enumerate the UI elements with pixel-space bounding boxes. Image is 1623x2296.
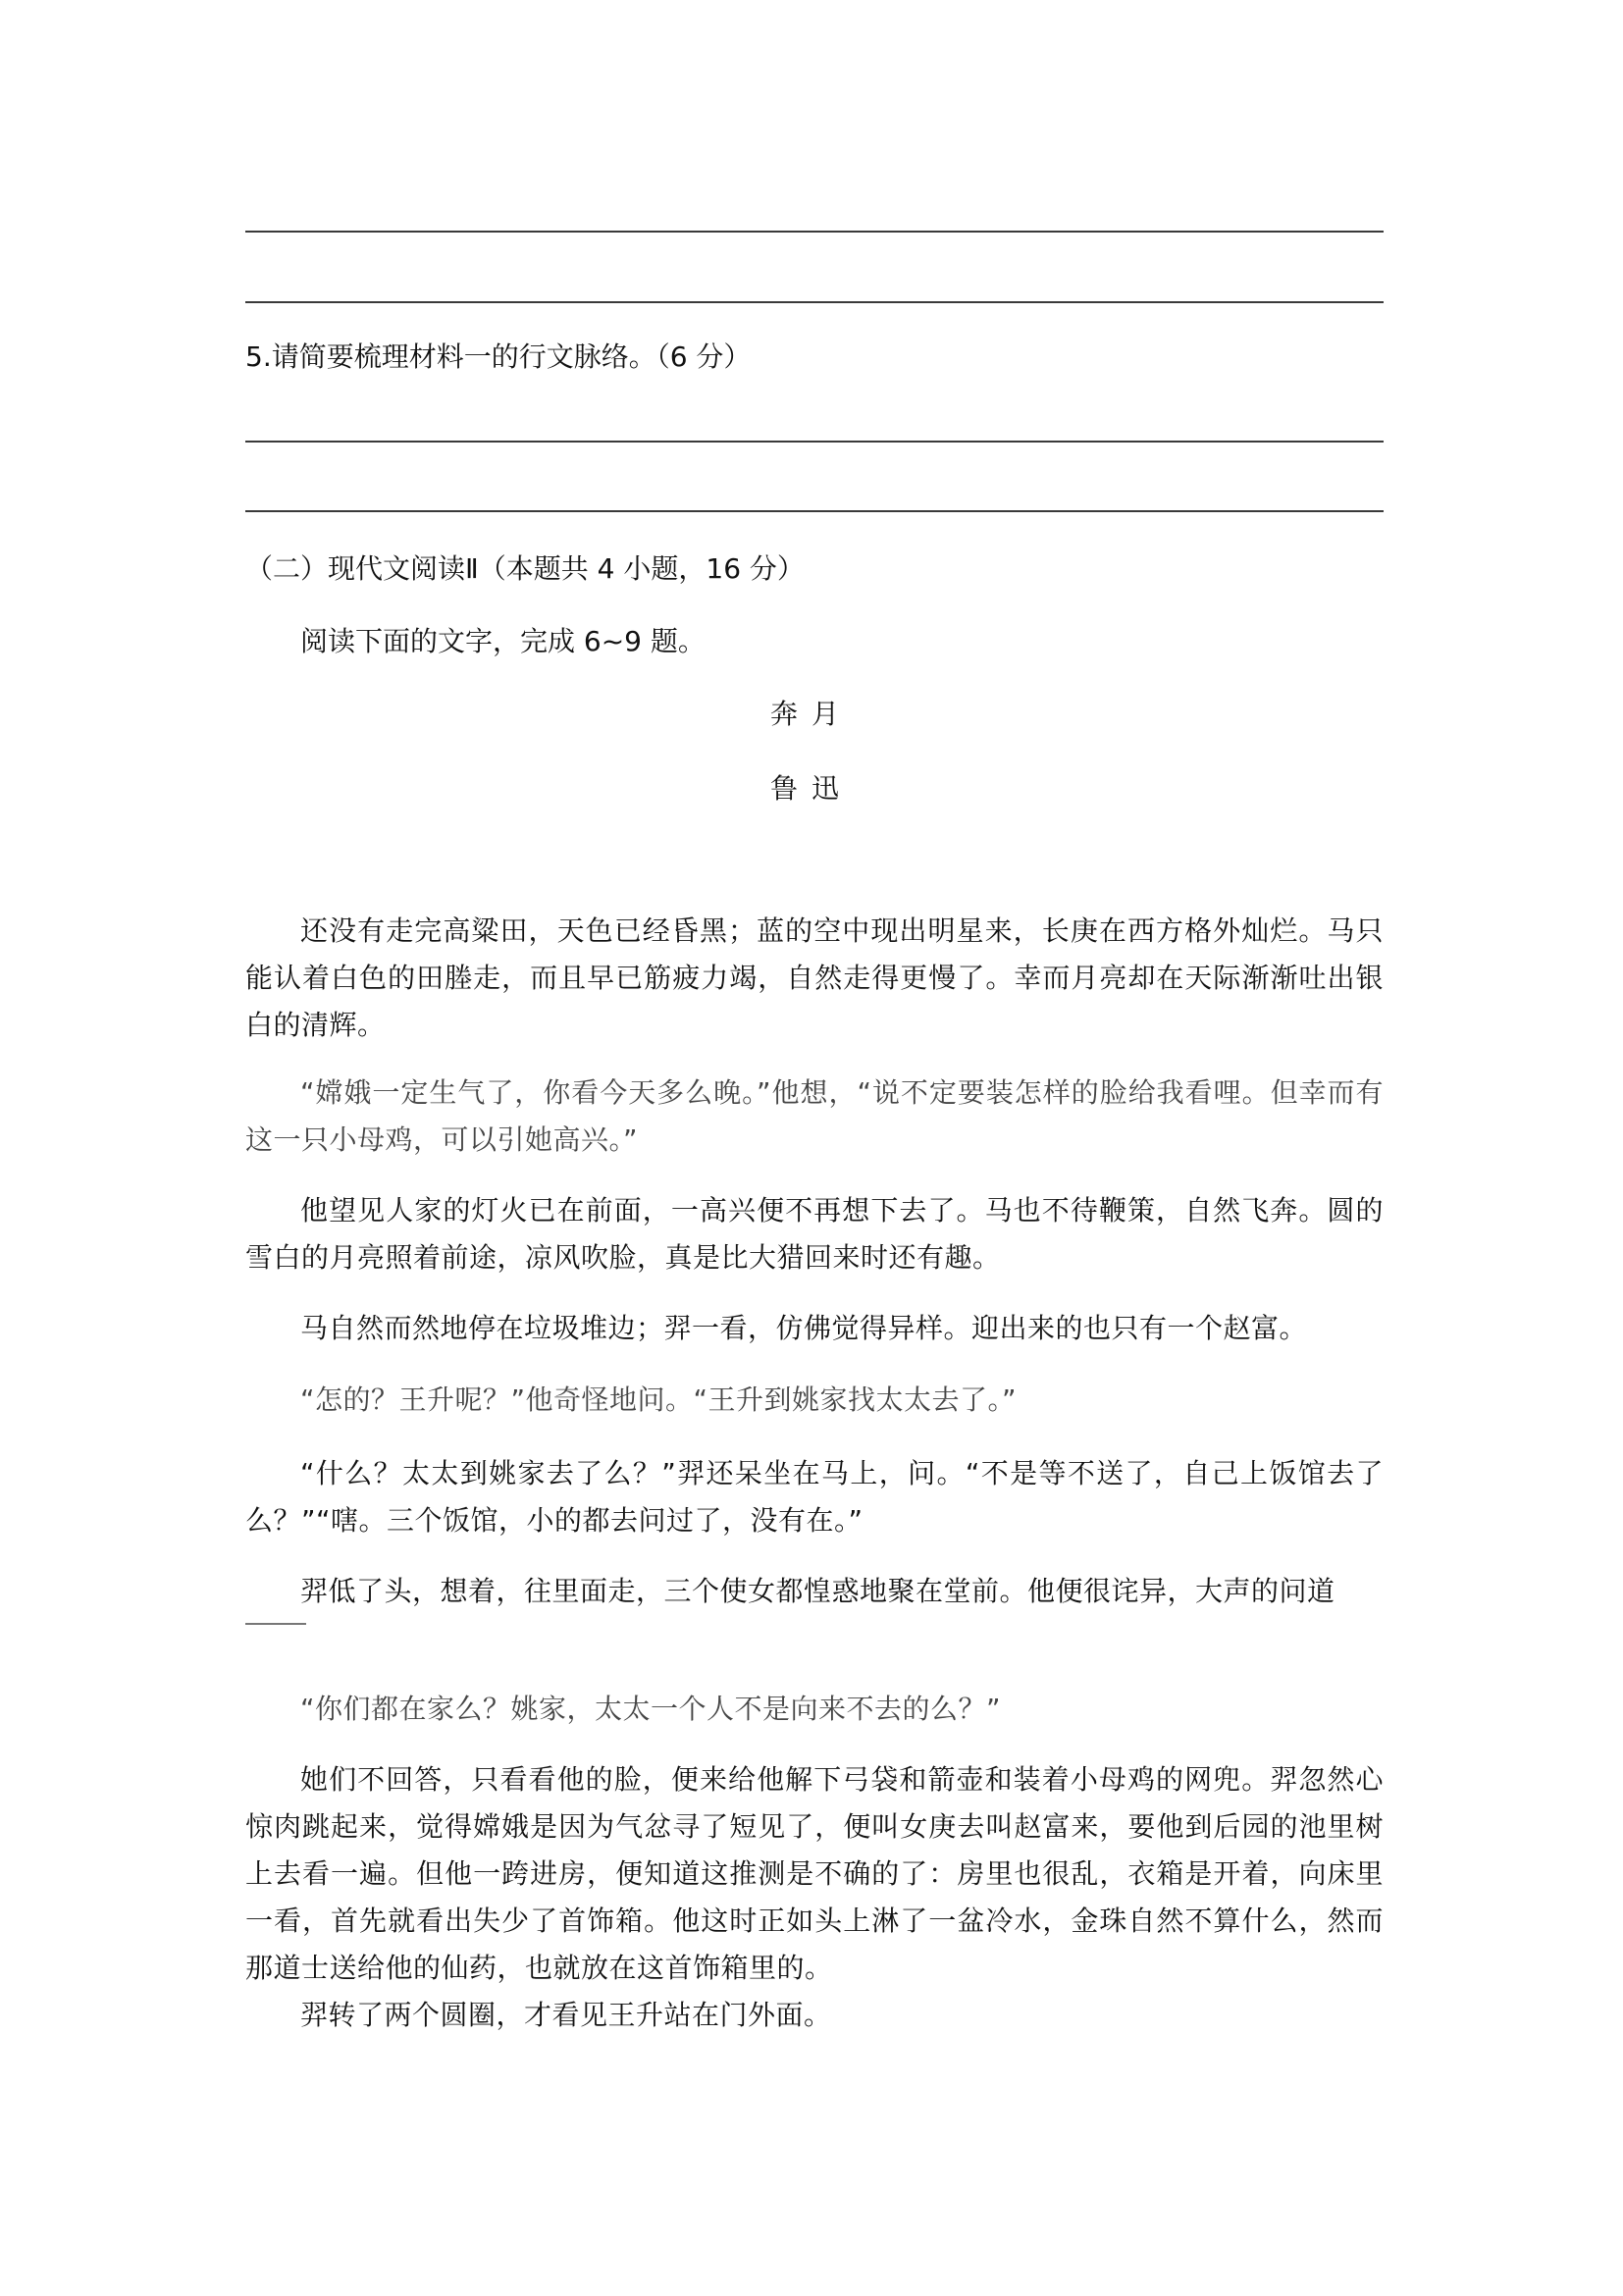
passage-paragraph: “怎的？王升呢？”他奇怪地问。“王升到姚家找太太去了。” [245,1377,1384,1424]
passage-author: 鲁迅 [0,767,1623,807]
passage-paragraph: 她们不回答，只看看他的脸，便来给他解下弓袋和箭壶和装着小母鸡的网兜。羿忽然心惊肉… [245,1756,1384,1992]
section-heading: （二）现代文阅读Ⅱ（本题共 4 小题，16 分） [245,546,1384,593]
answer-line [245,510,1384,512]
passage-title: 奔月 [0,693,1623,732]
passage-paragraph: 羿转了两个圆圈，才看见王升站在门外面。 [245,1992,1384,2039]
answer-line [245,441,1384,443]
passage-paragraph: 马自然而然地停在垃圾堆边；羿一看，仿佛觉得异样。迎出来的也只有一个赵富。 [245,1305,1384,1352]
answer-line [245,231,1384,233]
passage-paragraph: 羿低了头，想着，往里面走，三个使女都惶惑地聚在堂前。他便很诧异，大声的问道 [245,1568,1384,1615]
passage-paragraph: “嫦娥一定生气了，你看今天多么晚。”他想，“说不定要装怎样的脸给我看哩。但幸而有… [245,1070,1384,1164]
answer-line [245,301,1384,303]
em-dash [245,1623,306,1625]
section-instruction: 阅读下面的文字，完成 6~9 题。 [300,618,1439,665]
passage-paragraph: “什么？太太到姚家去了么？”羿还呆坐在马上，问。“不是等不送了，自己上饭馆去了么… [245,1450,1384,1544]
passage-paragraph: 他望见人家的灯火已在前面，一高兴便不再想下去了。马也不待鞭策，自然飞奔。圆的雪白… [245,1187,1384,1281]
passage-paragraph: “你们都在家么？姚家，太太一个人不是向来不去的么？” [245,1686,1384,1733]
question-5: 5.请简要梳理材料一的行文脉络。（6 分） [245,334,1384,381]
passage-paragraph: 还没有走完高粱田，天色已经昏黑；蓝的空中现出明星来，长庚在西方格外灿烂。马只能认… [245,908,1384,1049]
